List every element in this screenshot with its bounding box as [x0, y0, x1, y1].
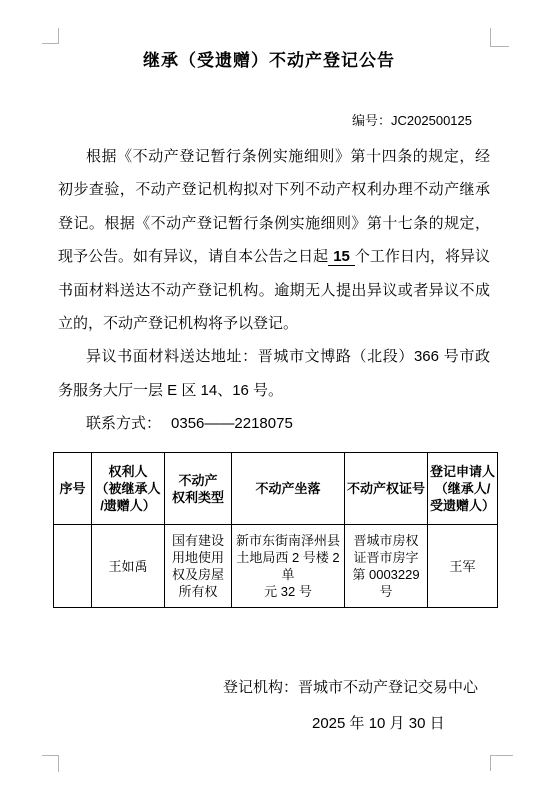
contact-phone: 0356——2218075	[171, 415, 293, 432]
cell-cert-no: 晋城市房权 证晋市房字 第 0003229 号	[345, 525, 428, 608]
margin-corner-bottom-right-icon	[490, 755, 513, 771]
paragraph-notice: 根据《不动产登记暂行条例实施细则》第十四条的规定，经初步查验，不动产登记机构拟对…	[58, 140, 490, 340]
table-header-row: 序号 权利人 （被继承人 /遗赠人） 不动产 权利类型 不动产坐落 不动产权证号…	[54, 453, 498, 525]
doc-number: 编号：JC202500125	[352, 111, 472, 131]
footer-date: 2025 年 10 月 30 日	[312, 713, 445, 735]
body-text: 根据《不动产登记暂行条例实施细则》第十四条的规定，经初步查验，不动产登记机构拟对…	[58, 140, 490, 441]
contact-label: 联系方式：	[86, 415, 161, 432]
cell-seq	[54, 525, 92, 608]
footer-registration-org: 登记机构：晋城市不动产登记交易中心	[223, 677, 478, 699]
paragraph-address: 异议书面材料送达地址：晋城市文博路（北段）366 号市政务服务大厅一层 E 区 …	[58, 340, 490, 407]
doc-number-label: 编号：	[352, 113, 391, 128]
registration-table: 序号 权利人 （被继承人 /遗赠人） 不动产 权利类型 不动产坐落 不动产权证号…	[53, 452, 498, 608]
header-cert-no: 不动产权证号	[345, 453, 428, 525]
objection-days-value: 15	[328, 248, 355, 266]
cell-holder: 王如禹	[92, 525, 165, 608]
doc-number-value: JC202500125	[391, 113, 472, 128]
cell-right-type: 国有建设 用地使用 权及房屋 所有权	[165, 525, 232, 608]
paragraph-contact: 联系方式：0356——2218075	[58, 407, 490, 440]
cell-applicant: 王军	[428, 525, 498, 608]
header-right-type: 不动产 权利类型	[165, 453, 232, 525]
header-holder: 权利人 （被继承人 /遗赠人）	[92, 453, 165, 525]
table-row: 王如禹 国有建设 用地使用 权及房屋 所有权 新市东街南泽州县 土地局西 2 号…	[54, 525, 498, 608]
header-applicant: 登记申请人 （继承人/ 受遗赠人）	[428, 453, 498, 525]
margin-corner-top-left-icon	[42, 28, 59, 44]
header-location: 不动产坐落	[232, 453, 345, 525]
header-seq: 序号	[54, 453, 92, 525]
margin-corner-bottom-left-icon	[42, 755, 59, 772]
margin-corner-top-right-icon	[490, 28, 509, 47]
cell-location: 新市东街南泽州县 土地局西 2 号楼 2 单 元 32 号	[232, 525, 345, 608]
announcement-page: 继承（受遗赠）不动产登记公告 编号：JC202500125 根据《不动产登记暂行…	[0, 0, 538, 785]
page-title: 继承（受遗赠）不动产登记公告	[0, 47, 538, 75]
